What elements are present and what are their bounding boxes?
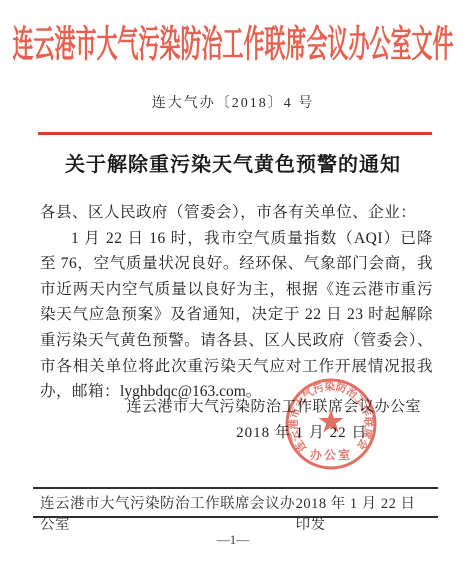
document-page: 连云港市大气污染防治工作联席会议办公室文件 连大气办〔2018〕4 号 关于解除… xyxy=(0,0,466,573)
footer-issuer: 连云港市大气污染防治工作联席会议办公室 xyxy=(40,492,296,534)
body-paragraph: 1 月 22 日 16 时，我市空气质量指数（AQI）已降至 76，空气质量状况… xyxy=(40,226,433,405)
notice-title: 关于解除重污染天气黄色预警的通知 xyxy=(0,148,466,177)
seal-bottom-text: 办公室 xyxy=(310,447,352,462)
footer-print-date: 2018 年 1 月 22 日印发 xyxy=(296,492,430,534)
page-number: —1— xyxy=(0,532,466,548)
notice-body: 各县、区人民政府（管委会），市各有关单位、企业： 1 月 22 日 16 时，我… xyxy=(40,200,433,405)
signature-block: 连云港市大气污染防治工作联席会议办公室 2018 年 1 月 22 日 xyxy=(126,398,421,442)
signature-org: 连云港市大气污染防治工作联席会议办公室 xyxy=(126,398,421,416)
salutation-line: 各县、区人民政府（管委会），市各有关单位、企业： xyxy=(40,200,433,226)
letterhead-divider-line xyxy=(38,132,432,135)
footer-divider-top xyxy=(33,487,438,489)
footer-imprint-row: 连云港市大气污染防治工作联席会议办公室 2018 年 1 月 22 日印发 xyxy=(40,492,430,534)
letterhead-org-title: 连云港市大气污染防治工作联席会议办公室文件 xyxy=(0,16,466,69)
signature-date: 2018 年 1 月 22 日 xyxy=(154,424,449,442)
body-text: 1 月 22 日 16 时，我市空气质量指数（AQI）已降至 76，空气质量状况… xyxy=(40,230,433,401)
document-number: 连大气办〔2018〕4 号 xyxy=(0,92,466,112)
footer-divider-bottom xyxy=(33,516,438,518)
